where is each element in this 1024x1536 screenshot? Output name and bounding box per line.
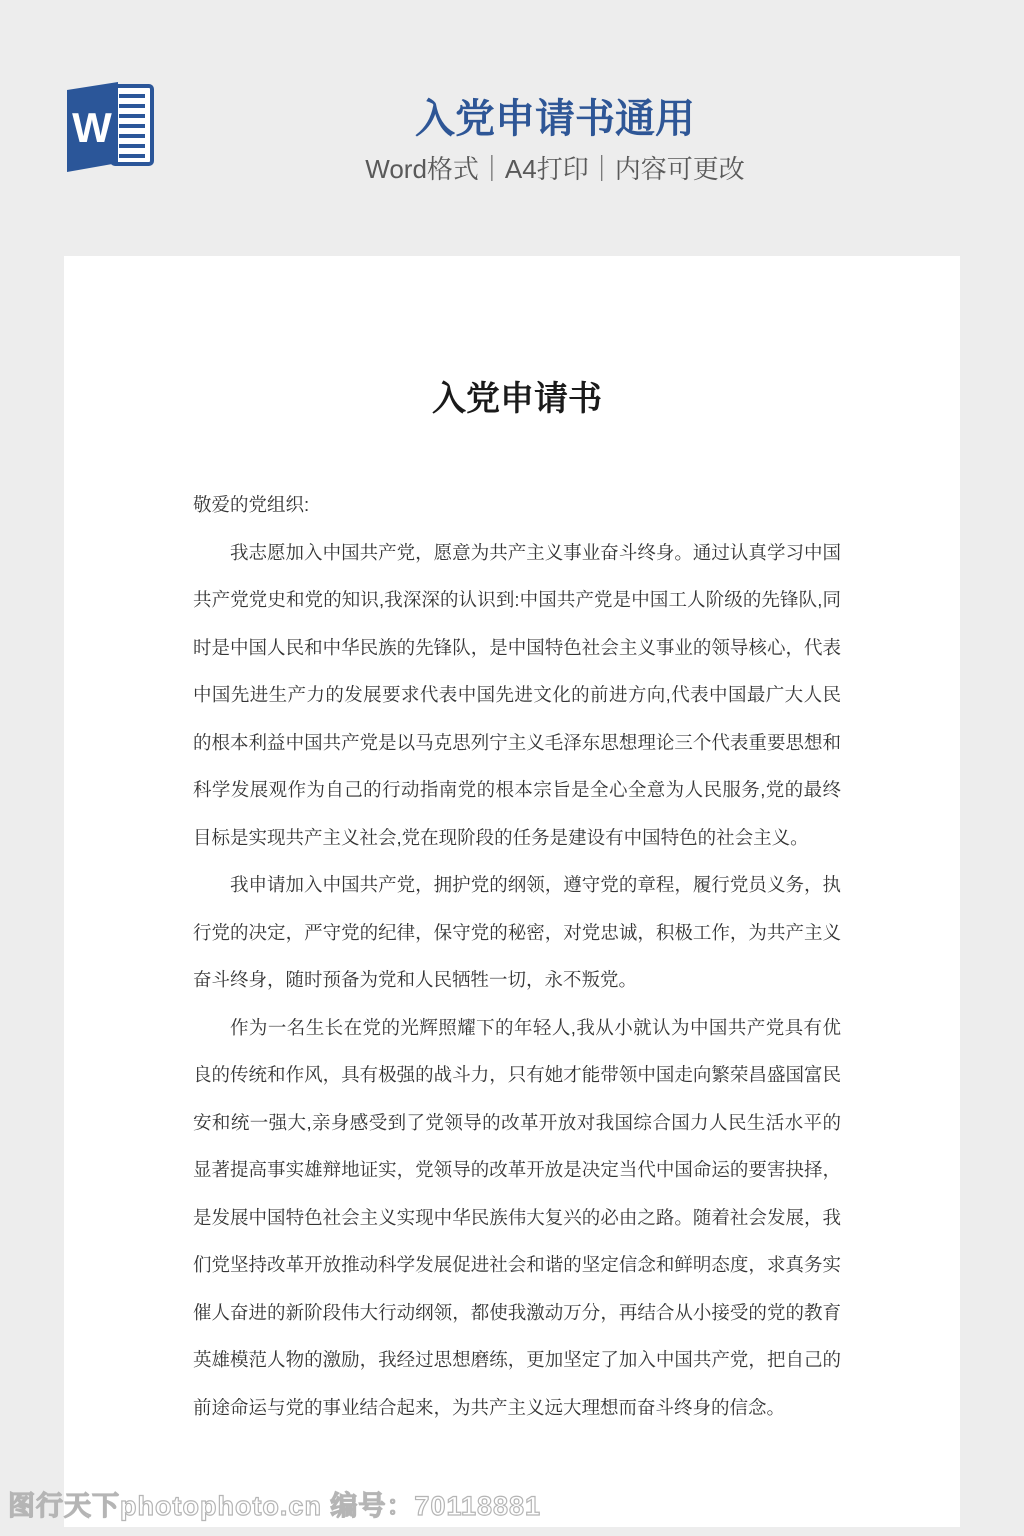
site-watermark: 图行天下photophoto.cn 编号：70118881 (8, 1488, 541, 1524)
template-subtitle: Word格式｜A4打印｜内容可更改 (0, 154, 1024, 184)
paragraph: 我志愿加入中国共产党，愿意为共产主义事业奋斗终身。通过认真学习中国共产党党史和党… (193, 529, 841, 862)
paragraph: 我申请加入中国共产党，拥护党的纲领，遵守党的章程，履行党员义务，执行党的决定，严… (193, 861, 841, 1004)
document-page: 入党申请书 敬爱的党组织: 我志愿加入中国共产党，愿意为共产主义事业奋斗终身。通… (64, 256, 960, 1527)
document-title: 入党申请书 (193, 380, 841, 418)
document-body: 敬爱的党组织: 我志愿加入中国共产党，愿意为共产主义事业奋斗终身。通过认真学习中… (193, 481, 841, 1431)
header: W 入党申请书通用 Word格式｜A4打印｜内容可更改 (0, 0, 1024, 256)
paragraph: 作为一名生长在党的光辉照耀下的年轻人,我从小就认为中国共产党具有优良的传统和作风… (193, 1004, 841, 1432)
salutation-line: 敬爱的党组织: (193, 481, 841, 529)
template-title: 入党申请书通用 (0, 98, 1024, 140)
template-preview: W 入党申请书通用 Word格式｜A4打印｜内容可更改 入党申请书 敬爱的党组织… (0, 0, 1024, 1536)
